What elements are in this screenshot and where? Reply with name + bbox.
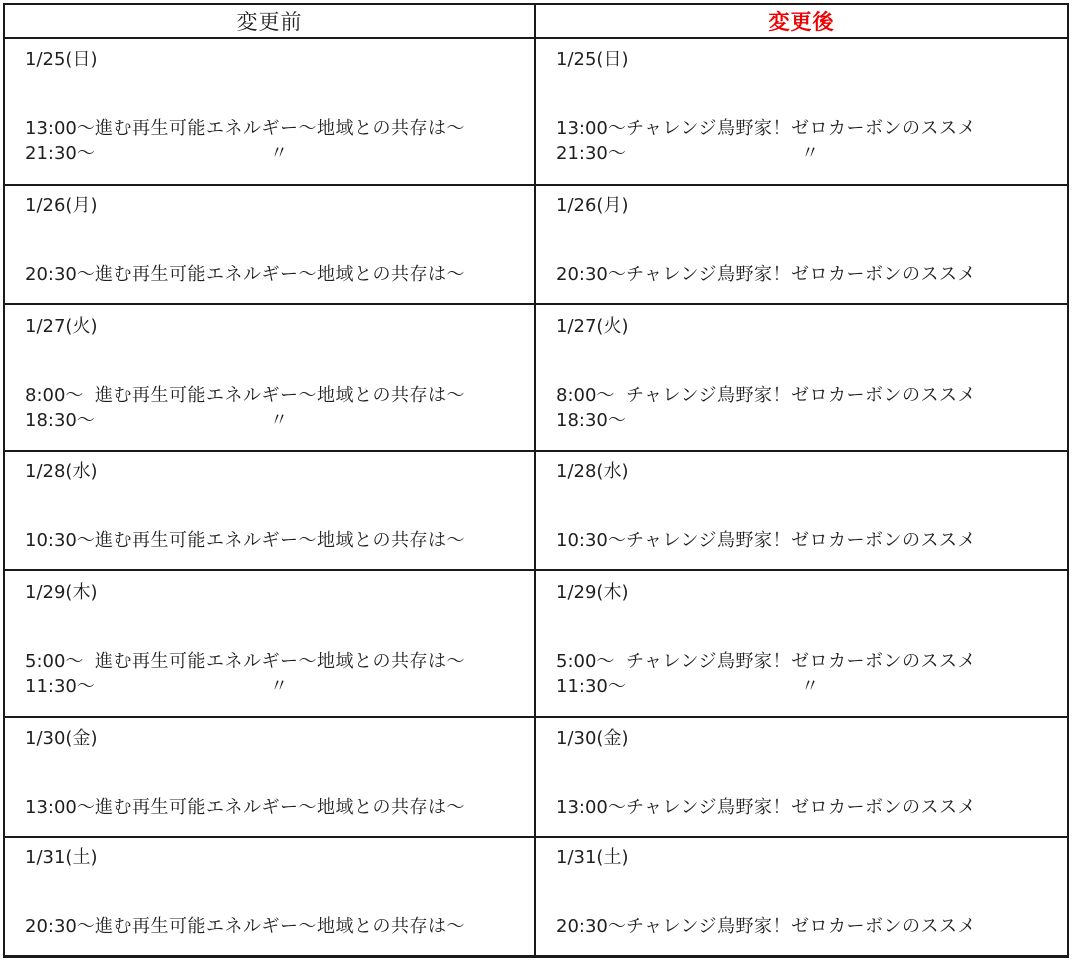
after-cell: 1/30(金) 13:00～チャレンジ鳥野家！ゼロカーボンのススメ	[536, 718, 1067, 835]
schedule-line: 8:00～チャレンジ鳥野家！ゼロカーボンのススメ	[556, 383, 1059, 408]
program-title: 進む再生可能エネルギー～地域との共存は～	[95, 262, 465, 287]
schedule-lines: 10:30～進む再生可能エネルギー～地域との共存は～	[25, 528, 526, 553]
header-after-label: 変更後	[536, 5, 1067, 37]
schedule-lines: 13:00～進む再生可能エネルギー～地域との共存は～	[25, 795, 526, 820]
schedule-line: 20:30～チャレンジ鳥野家！ゼロカーボンのススメ	[556, 914, 1059, 939]
program-title: 進む再生可能エネルギー～地域との共存は～	[95, 914, 465, 939]
schedule-line: 8:00～進む再生可能エネルギー～地域との共存は～	[25, 383, 526, 408]
schedule-lines: 20:30～チャレンジ鳥野家！ゼロカーボンのススメ	[556, 914, 1059, 939]
program-title: 進む再生可能エネルギー～地域との共存は～	[95, 116, 465, 141]
date-label: 1/25(日)	[556, 48, 1059, 72]
table-row: 1/30(金) 13:00～進む再生可能エネルギー～地域との共存は～ 1/30(…	[5, 718, 1067, 837]
before-cell: 1/27(火) 8:00～進む再生可能エネルギー～地域との共存は～18:30～〃	[5, 305, 536, 450]
program-title: 進む再生可能エネルギー～地域との共存は～	[95, 383, 465, 408]
date-label: 1/26(月)	[25, 194, 526, 218]
date-label: 1/30(金)	[25, 727, 526, 751]
time-label: 8:00～	[25, 383, 95, 408]
program-title: チャレンジ鳥野家！ゼロカーボンのススメ	[626, 914, 976, 939]
after-cell: 1/25(日) 13:00～チャレンジ鳥野家！ゼロカーボンのススメ21:30～〃	[536, 39, 1067, 184]
header-before-label: 変更前	[5, 5, 536, 37]
before-cell: 1/25(日) 13:00～進む再生可能エネルギー～地域との共存は～21:30～…	[5, 39, 536, 184]
schedule-lines: 5:00～進む再生可能エネルギー～地域との共存は～11:30～〃	[25, 649, 526, 699]
schedule-line: 11:30～〃	[25, 674, 526, 699]
before-cell: 1/30(金) 13:00～進む再生可能エネルギー～地域との共存は～	[5, 718, 536, 835]
table-body: 1/25(日) 13:00～進む再生可能エネルギー～地域との共存は～21:30～…	[5, 39, 1067, 955]
ditto-mark: 〃	[626, 141, 994, 166]
time-label: 21:30～	[556, 141, 626, 166]
time-label: 20:30～	[556, 262, 626, 287]
date-label: 1/28(水)	[25, 460, 526, 484]
table-row: 1/28(水) 10:30～進む再生可能エネルギー～地域との共存は～ 1/28(…	[5, 452, 1067, 571]
schedule-line: 13:00～進む再生可能エネルギー～地域との共存は～	[25, 116, 526, 141]
table-header-row: 変更前 変更後	[5, 5, 1067, 39]
program-title: チャレンジ鳥野家！ゼロカーボンのススメ	[626, 649, 976, 674]
table-row: 1/27(火) 8:00～進む再生可能エネルギー～地域との共存は～18:30～〃…	[5, 305, 1067, 452]
schedule-lines: 5:00～チャレンジ鳥野家！ゼロカーボンのススメ11:30～〃	[556, 649, 1059, 699]
time-label: 5:00～	[25, 649, 95, 674]
schedule-line: 20:30～進む再生可能エネルギー～地域との共存は～	[25, 262, 526, 287]
time-label: 20:30～	[556, 914, 626, 939]
schedule-lines: 10:30～チャレンジ鳥野家！ゼロカーボンのススメ	[556, 528, 1059, 553]
time-label: 5:00～	[556, 649, 626, 674]
schedule-line: 21:30～〃	[556, 141, 1059, 166]
schedule-change-table: 変更前 変更後 1/25(日) 13:00～進む再生可能エネルギー～地域との共存…	[3, 3, 1069, 958]
schedule-lines: 20:30～進む再生可能エネルギー～地域との共存は～	[25, 914, 526, 939]
schedule-lines: 8:00～進む再生可能エネルギー～地域との共存は～18:30～〃	[25, 383, 526, 433]
ditto-mark: 〃	[626, 674, 994, 699]
time-label: 10:30～	[25, 528, 95, 553]
program-title: チャレンジ鳥野家！ゼロカーボンのススメ	[626, 262, 976, 287]
schedule-line: 18:30～	[556, 408, 1059, 433]
schedule-line: 20:30～チャレンジ鳥野家！ゼロカーボンのススメ	[556, 262, 1059, 287]
schedule-lines: 13:00～チャレンジ鳥野家！ゼロカーボンのススメ21:30～〃	[556, 116, 1059, 166]
program-title: チャレンジ鳥野家！ゼロカーボンのススメ	[626, 116, 976, 141]
program-title: 進む再生可能エネルギー～地域との共存は～	[95, 795, 465, 820]
time-label: 10:30～	[556, 528, 626, 553]
schedule-line: 5:00～進む再生可能エネルギー～地域との共存は～	[25, 649, 526, 674]
table-row: 1/25(日) 13:00～進む再生可能エネルギー～地域との共存は～21:30～…	[5, 39, 1067, 186]
time-label: 13:00～	[25, 795, 95, 820]
program-title: チャレンジ鳥野家！ゼロカーボンのススメ	[626, 528, 976, 553]
ditto-mark: 〃	[95, 141, 463, 166]
date-label: 1/31(土)	[25, 846, 526, 870]
schedule-line: 10:30～チャレンジ鳥野家！ゼロカーボンのススメ	[556, 528, 1059, 553]
schedule-line: 13:00～チャレンジ鳥野家！ゼロカーボンのススメ	[556, 116, 1059, 141]
schedule-lines: 13:00～チャレンジ鳥野家！ゼロカーボンのススメ	[556, 795, 1059, 820]
table-row: 1/29(木) 5:00～進む再生可能エネルギー～地域との共存は～11:30～〃…	[5, 571, 1067, 718]
time-label: 11:30～	[25, 674, 95, 699]
date-label: 1/27(火)	[25, 315, 526, 339]
after-cell: 1/27(火) 8:00～チャレンジ鳥野家！ゼロカーボンのススメ18:30～	[536, 305, 1067, 450]
date-label: 1/27(火)	[556, 315, 1059, 339]
schedule-line: 13:00～進む再生可能エネルギー～地域との共存は～	[25, 795, 526, 820]
date-label: 1/30(金)	[556, 727, 1059, 751]
date-label: 1/26(月)	[556, 194, 1059, 218]
program-title: チャレンジ鳥野家！ゼロカーボンのススメ	[626, 795, 976, 820]
time-label: 8:00～	[556, 383, 626, 408]
schedule-lines: 20:30～進む再生可能エネルギー～地域との共存は～	[25, 262, 526, 287]
table-row: 1/31(土) 20:30～進む再生可能エネルギー～地域との共存は～ 1/31(…	[5, 838, 1067, 955]
after-cell: 1/26(月) 20:30～チャレンジ鳥野家！ゼロカーボンのススメ	[536, 186, 1067, 303]
schedule-lines: 20:30～チャレンジ鳥野家！ゼロカーボンのススメ	[556, 262, 1059, 287]
date-label: 1/25(日)	[25, 48, 526, 72]
date-label: 1/31(土)	[556, 846, 1059, 870]
program-title: チャレンジ鳥野家！ゼロカーボンのススメ	[626, 383, 976, 408]
schedule-line: 5:00～チャレンジ鳥野家！ゼロカーボンのススメ	[556, 649, 1059, 674]
schedule-line: 10:30～進む再生可能エネルギー～地域との共存は～	[25, 528, 526, 553]
time-label: 13:00～	[556, 795, 626, 820]
time-label: 13:00～	[25, 116, 95, 141]
after-cell: 1/28(水) 10:30～チャレンジ鳥野家！ゼロカーボンのススメ	[536, 452, 1067, 569]
after-cell: 1/29(木) 5:00～チャレンジ鳥野家！ゼロカーボンのススメ11:30～〃	[536, 571, 1067, 716]
after-cell: 1/31(土) 20:30～チャレンジ鳥野家！ゼロカーボンのススメ	[536, 838, 1067, 955]
schedule-line: 20:30～進む再生可能エネルギー～地域との共存は～	[25, 914, 526, 939]
schedule-line: 11:30～〃	[556, 674, 1059, 699]
schedule-lines: 8:00～チャレンジ鳥野家！ゼロカーボンのススメ18:30～	[556, 383, 1059, 433]
schedule-line: 18:30～〃	[25, 408, 526, 433]
before-cell: 1/31(土) 20:30～進む再生可能エネルギー～地域との共存は～	[5, 838, 536, 955]
date-label: 1/29(木)	[556, 581, 1059, 605]
program-title: 進む再生可能エネルギー～地域との共存は～	[95, 649, 465, 674]
date-label: 1/29(木)	[25, 581, 526, 605]
schedule-lines: 13:00～進む再生可能エネルギー～地域との共存は～21:30～〃	[25, 116, 526, 166]
schedule-line: 21:30～〃	[25, 141, 526, 166]
time-label: 18:30～	[556, 408, 626, 433]
ditto-mark: 〃	[95, 408, 463, 433]
time-label: 18:30～	[25, 408, 95, 433]
program-title: 進む再生可能エネルギー～地域との共存は～	[95, 528, 465, 553]
time-label: 13:00～	[556, 116, 626, 141]
before-cell: 1/28(水) 10:30～進む再生可能エネルギー～地域との共存は～	[5, 452, 536, 569]
schedule-line: 13:00～チャレンジ鳥野家！ゼロカーボンのススメ	[556, 795, 1059, 820]
ditto-mark: 〃	[95, 674, 463, 699]
before-cell: 1/29(木) 5:00～進む再生可能エネルギー～地域との共存は～11:30～〃	[5, 571, 536, 716]
before-cell: 1/26(月) 20:30～進む再生可能エネルギー～地域との共存は～	[5, 186, 536, 303]
time-label: 20:30～	[25, 262, 95, 287]
time-label: 20:30～	[25, 914, 95, 939]
date-label: 1/28(水)	[556, 460, 1059, 484]
time-label: 11:30～	[556, 674, 626, 699]
table-row: 1/26(月) 20:30～進む再生可能エネルギー～地域との共存は～ 1/26(…	[5, 186, 1067, 305]
time-label: 21:30～	[25, 141, 95, 166]
